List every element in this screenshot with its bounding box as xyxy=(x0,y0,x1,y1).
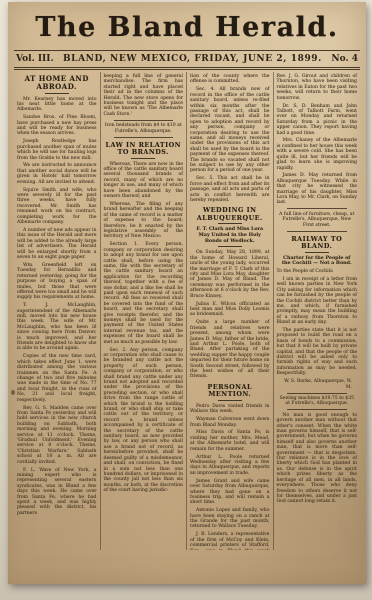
ad-separator-rule xyxy=(287,231,348,232)
paragraph: Joseph Routledge has purchased another s… xyxy=(17,139,97,161)
column-2: keeping a full line of general merchandi… xyxy=(101,72,188,550)
newspaper-title: The Bland Herald. xyxy=(12,12,362,43)
heading-rule xyxy=(218,246,242,247)
column-3: tion of the county where the offense is … xyxy=(187,72,274,550)
paragraph: No man is good enough to govern another … xyxy=(277,413,358,505)
paragraph: F. L. Ware of New York, a mining expert … xyxy=(17,468,97,517)
paragraph: Mrs. Chaney of the Albemarle is confined… xyxy=(277,138,358,170)
heading-rule xyxy=(45,93,69,94)
paragraph: Pedro Davis visited friends in Wallace t… xyxy=(190,404,270,415)
paragraph: keeping a full line of general merchandi… xyxy=(104,74,184,117)
paragraph: Wm. Greenfield left on Tuesday for Berna… xyxy=(17,263,97,301)
paragraph: Sec. 5. This act shall be in force and e… xyxy=(190,176,270,203)
paragraph: Miss Davis of Santa Fe, is visiting her … xyxy=(190,430,270,452)
paragraph: Rev. J. G. Girout and children of Thornt… xyxy=(277,74,358,101)
ad-line: Sewing machines $19.75 to $35 at Futrell… xyxy=(278,396,357,407)
paragraph: Dr. S. D. Benham and John Talbott, of Ta… xyxy=(277,104,358,136)
paragraph: A number of new ads appear in this issue… xyxy=(17,228,97,260)
paragraph: To the People of Cochiti: xyxy=(277,269,358,274)
dateline-bar: Vol. III. BLAND, NEW MEXICO, FRIDAY, JUN… xyxy=(14,50,360,70)
paragraph: I am in receipt of a letter from well kn… xyxy=(277,277,358,326)
paragraph: James Grant and wife came over Saturday … xyxy=(190,479,270,506)
paragraph: Julius E. Wilcox officiated as best man … xyxy=(190,302,270,318)
paragraph: Sec. 4. All brands now of record in the … xyxy=(190,87,270,174)
section-subheading: Charter for the People of the Cochiti — … xyxy=(279,256,356,267)
page-columns: AT HOME AND ABROAD.Mr. Kearney has moved… xyxy=(14,72,360,550)
dateline-text: BLAND, NEW MEXICO, FRIDAY, JUNE 2, 1899. xyxy=(63,54,322,64)
heading-rule xyxy=(305,252,329,253)
paragraph: tion of the county where the offense is … xyxy=(190,74,270,85)
newspaper-paper: The Bland Herald. Vol. III. BLAND, NEW M… xyxy=(8,2,366,584)
paragraph: Sec. 2. Any person, company or corporati… xyxy=(104,348,184,494)
paragraph: James D. May returned from Albuquerque T… xyxy=(277,173,358,205)
ad-separator-rule xyxy=(287,393,348,394)
ad-separator-rule xyxy=(287,409,348,410)
paragraph: Whereas, The filing of any brand hereaft… xyxy=(104,202,184,240)
paragraph: Quite a large number of friends and rela… xyxy=(190,320,270,379)
section-heading: WEDDING IN ALBUQUERQUE. xyxy=(190,207,270,222)
column-1: AT HOME AND ABROAD.Mr. Kearney has moved… xyxy=(14,72,101,550)
paragraph: We are instructed to announce that anoth… xyxy=(17,163,97,185)
paragraph: The parties state that it is not propose… xyxy=(277,328,358,377)
paragraph: Section 1. Every person, company or corp… xyxy=(104,242,184,345)
paragraph: Mr. Kearney has moved into his neat litt… xyxy=(17,97,97,113)
masthead: The Bland Herald. Vol. III. BLAND, NEW M… xyxy=(8,2,366,70)
ad-separator-rule xyxy=(114,120,174,121)
paragraph: Arthur L. Poole returned Wednesday after… xyxy=(190,455,270,477)
paragraph: W. S. Burke, Albuquerque, N. M. xyxy=(277,379,358,390)
paragraph: J. B. Lenders, a representative of the f… xyxy=(190,532,270,550)
section-heading: PERSONAL MENTION. xyxy=(190,384,270,399)
column-4: Rev. J. G. Girout and children of Thornt… xyxy=(274,72,361,550)
paragraph: Copies of the new time card, which takes… xyxy=(17,354,97,403)
paragraph: Wayman Culverson went down from Bland Mo… xyxy=(190,417,270,428)
heading-rule xyxy=(218,400,242,401)
paper-speck xyxy=(11,390,15,395)
paragraph: Rev. G. S. Madden came over from Santa F… xyxy=(17,406,97,465)
section-heading: LAW IN RELATION TO BRANDS. xyxy=(104,142,184,157)
ad-separator-rule xyxy=(287,208,348,209)
paragraph: Sandoe Bros. of Pine Bloom, have purchas… xyxy=(17,115,97,137)
paragraph: Antonio Lopez and family, who have been … xyxy=(190,508,270,530)
section-subheading: F. T. Clark and Miss Lora May United in … xyxy=(192,227,268,244)
heading-rule xyxy=(131,158,155,159)
volume-label: Vol. III. xyxy=(16,54,63,64)
ad-line: A full line of furniture, cheap, at Futr… xyxy=(278,212,357,228)
issue-number: No. 4 xyxy=(322,54,358,64)
scanned-newspaper-page: The Bland Herald. Vol. III. BLAND, NEW M… xyxy=(0,0,372,600)
heading-rule xyxy=(218,223,242,224)
paragraph: On Sunday, May 28, 1899, at the home of … xyxy=(190,250,270,299)
ad-line: Iron bedsteads from $4 to $10 at Futrell… xyxy=(105,123,183,134)
paragraph: Whereas, There are now in the office of … xyxy=(104,162,184,200)
section-heading: RAILWAY TO BLAND. xyxy=(277,236,358,251)
ad-separator-rule xyxy=(114,137,174,138)
paragraph: T. J. McLaughlin, superintendent of the … xyxy=(17,303,97,352)
paragraph: Squire Smith and wife, who were severely… xyxy=(17,188,97,226)
section-heading: AT HOME AND ABROAD. xyxy=(17,75,97,92)
